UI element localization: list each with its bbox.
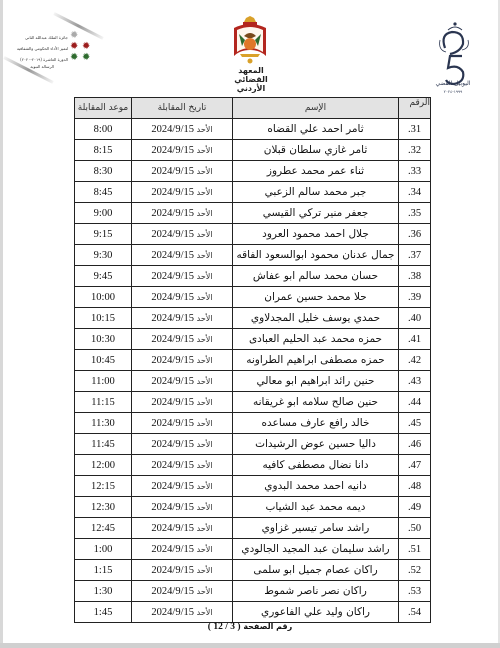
row-name: حنين صالح سلامه ابو غريقانه [233, 392, 399, 413]
row-time: 1:00 [75, 539, 132, 560]
row-number: 41. [399, 329, 431, 350]
row-date-value: 2024/9/15 [151, 481, 194, 492]
row-date: الأحد 2024/9/15 [132, 203, 233, 224]
table-row: 48.دانيه احمد محمد البدويالأحد 2024/9/15… [75, 476, 431, 497]
table-row: 36.جلال احمد محمود العرودالأحد 2024/9/15… [75, 224, 431, 245]
row-number: 34. [399, 182, 431, 203]
row-number: 48. [399, 476, 431, 497]
row-date: الأحد 2024/9/15 [132, 497, 233, 518]
table-row: 44.حنين صالح سلامه ابو غريقانهالأحد 2024… [75, 392, 431, 413]
row-time: 11:30 [75, 413, 132, 434]
row-time: 8:30 [75, 161, 132, 182]
institute-name: المعهد القضائي الأردني [222, 66, 280, 93]
award-line: الرسالة النبوية [30, 64, 54, 69]
row-date: الأحد 2024/9/15 [132, 329, 233, 350]
row-number: 54. [399, 602, 431, 623]
row-name: جمال عدنان محمود ابوالسعود الفاقه [233, 245, 399, 266]
row-time: 10:15 [75, 308, 132, 329]
row-number: 44. [399, 392, 431, 413]
row-number: 50. [399, 518, 431, 539]
row-name: خالد رافع عارف مساعده [233, 413, 399, 434]
row-name: ثناء عمر محمد عطروز [233, 161, 399, 182]
table-row: 43.حنين رائد ابراهيم ابو معاليالأحد 2024… [75, 371, 431, 392]
award-star-icon: ✹ [70, 31, 78, 41]
table-row: 52.راكان عصام جميل ابو سلمىالأحد 2024/9/… [75, 560, 431, 581]
row-name: راكان نصر ناصر شموط [233, 581, 399, 602]
row-name: ثامر غازي سلطان قبلان [233, 140, 399, 161]
row-day: الأحد [197, 125, 213, 134]
table-row: 53.راكان نصر ناصر شموطالأحد 2024/9/151:3… [75, 581, 431, 602]
row-day: الأحد [197, 293, 213, 302]
row-date-value: 2024/9/15 [151, 166, 194, 177]
row-date-value: 2024/9/15 [151, 124, 194, 135]
row-day: الأحد [197, 398, 213, 407]
row-number: 36. [399, 224, 431, 245]
jubilee-name: اليوبيل الفضي [427, 80, 479, 87]
row-time: 1:15 [75, 560, 132, 581]
row-number: 45. [399, 413, 431, 434]
row-day: الأحد [197, 377, 213, 386]
row-date: الأحد 2024/9/15 [132, 182, 233, 203]
row-number: 33. [399, 161, 431, 182]
row-date: الأحد 2024/9/15 [132, 308, 233, 329]
row-day: الأحد [197, 566, 213, 575]
coat-of-arms-icon [230, 16, 270, 66]
table-row: 50.راشد سامر تيسير غزاويالأحد 2024/9/151… [75, 518, 431, 539]
row-date-value: 2024/9/15 [151, 544, 194, 555]
row-day: الأحد [197, 209, 213, 218]
award-line: الدورة العاشرة (٢٠١٩-٢٠٢٠) [20, 57, 68, 62]
row-number: 40. [399, 308, 431, 329]
page-number-label: رقم الصفحة [243, 622, 292, 631]
row-time: 12:15 [75, 476, 132, 497]
row-number: 47. [399, 455, 431, 476]
table-row: 39.حلا محمد حسين عمرانالأحد 2024/9/1510:… [75, 287, 431, 308]
row-date: الأحد 2024/9/15 [132, 413, 233, 434]
table-row: 35.جعفر منير تركي القيسيالأحد 2024/9/159… [75, 203, 431, 224]
table-row: 33.ثناء عمر محمد عطروزالأحد 2024/9/158:3… [75, 161, 431, 182]
page-edge-left [0, 0, 3, 648]
page-edge-bottom [0, 643, 500, 648]
table-row: 47.دانا نضال مصطفى كافيهالأحد 2024/9/151… [75, 455, 431, 476]
row-number: 31. [399, 119, 431, 140]
row-date: الأحد 2024/9/15 [132, 434, 233, 455]
table-row: 49.ديمه محمد عبد الشيابالأحد 2024/9/1512… [75, 497, 431, 518]
table-row: 37.جمال عدنان محمود ابوالسعود الفاقهالأح… [75, 245, 431, 266]
row-day: الأحد [197, 608, 213, 617]
table-header-row: الرقم الإسم تاريخ المقابلة موعد المقابلة [75, 98, 431, 119]
row-name: راكان عصام جميل ابو سلمى [233, 560, 399, 581]
row-name: دانا نضال مصطفى كافيه [233, 455, 399, 476]
row-name: حلا محمد حسين عمران [233, 287, 399, 308]
row-name: حمزه محمد عبد الحليم العبادى [233, 329, 399, 350]
row-time: 10:30 [75, 329, 132, 350]
row-day: الأحد [197, 188, 213, 197]
row-time: 11:00 [75, 371, 132, 392]
row-day: الأحد [197, 545, 213, 554]
table-row: 34.جبر محمد سالم الزعبيالأحد 2024/9/158:… [75, 182, 431, 203]
row-day: الأحد [197, 356, 213, 365]
row-day: الأحد [197, 503, 213, 512]
row-date-value: 2024/9/15 [151, 187, 194, 198]
row-name: راشد سليمان عبد المجيد الجالودي [233, 539, 399, 560]
row-name: جلال احمد محمود العرود [233, 224, 399, 245]
row-date: الأحد 2024/9/15 [132, 539, 233, 560]
row-date: الأحد 2024/9/15 [132, 350, 233, 371]
row-time: 9:15 [75, 224, 132, 245]
row-name: داليا حسين عوض الرشيدات [233, 434, 399, 455]
row-date: الأحد 2024/9/15 [132, 560, 233, 581]
row-time: 9:30 [75, 245, 132, 266]
table-row: 51.راشد سليمان عبد المجيد الجالوديالأحد … [75, 539, 431, 560]
row-day: الأحد [197, 524, 213, 533]
award-star-green-icon: ✹ [82, 53, 90, 63]
row-name: راشد سامر تيسير غزاوي [233, 518, 399, 539]
award-star-green-icon: ✹ [70, 53, 78, 63]
row-date-value: 2024/9/15 [151, 145, 194, 156]
row-time: 9:00 [75, 203, 132, 224]
row-day: الأحد [197, 251, 213, 260]
row-number: 53. [399, 581, 431, 602]
row-date: الأحد 2024/9/15 [132, 245, 233, 266]
interview-schedule-table: الرقم الإسم تاريخ المقابلة موعد المقابلة… [74, 97, 431, 623]
award-star-red-icon: ✹ [70, 42, 78, 52]
row-day: الأحد [197, 587, 213, 596]
row-time: 12:30 [75, 497, 132, 518]
table-row: 40.حمدي يوسف خليل المجدلاويالأحد 2024/9/… [75, 308, 431, 329]
row-name: حمدي يوسف خليل المجدلاوي [233, 308, 399, 329]
table-row: 41.حمزه محمد عبد الحليم العبادىالأحد 202… [75, 329, 431, 350]
row-day: الأحد [197, 440, 213, 449]
row-date-value: 2024/9/15 [151, 313, 194, 324]
row-number: 43. [399, 371, 431, 392]
row-date: الأحد 2024/9/15 [132, 581, 233, 602]
row-date-value: 2024/9/15 [151, 565, 194, 576]
header-number: الرقم [399, 98, 431, 119]
row-time: 11:45 [75, 434, 132, 455]
table-row: 54.راكان وليد علي الفاعوريالأحد 2024/9/1… [75, 602, 431, 623]
row-date-value: 2024/9/15 [151, 460, 194, 471]
row-day: الأحد [197, 272, 213, 281]
page-number: رقم الصفحة ( 3 / 12 ) [0, 622, 500, 632]
row-name: راكان وليد علي الفاعوري [233, 602, 399, 623]
row-date-value: 2024/9/15 [151, 208, 194, 219]
row-date-value: 2024/9/15 [151, 607, 194, 618]
table-row: 38.حسان محمد سالم ابو عفاشالأحد 2024/9/1… [75, 266, 431, 287]
award-line: لتميز الأداء الحكومي والشفافية [17, 46, 68, 51]
row-number: 46. [399, 434, 431, 455]
row-time: 1:30 [75, 581, 132, 602]
row-date: الأحد 2024/9/15 [132, 602, 233, 623]
row-date: الأحد 2024/9/15 [132, 455, 233, 476]
row-time: 10:45 [75, 350, 132, 371]
row-date: الأحد 2024/9/15 [132, 224, 233, 245]
excellence-award-logo: ✹ ✹ ✹ ✹ ✹ جائزة الملك عبدالله الثاني لتم… [4, 8, 104, 88]
row-time: 12:00 [75, 455, 132, 476]
row-date: الأحد 2024/9/15 [132, 140, 233, 161]
row-day: الأحد [197, 314, 213, 323]
row-time: 8:45 [75, 182, 132, 203]
row-date: الأحد 2024/9/15 [132, 476, 233, 497]
row-number: 35. [399, 203, 431, 224]
row-date-value: 2024/9/15 [151, 292, 194, 303]
row-date-value: 2024/9/15 [151, 418, 194, 429]
row-time: 1:45 [75, 602, 132, 623]
row-date-value: 2024/9/15 [151, 271, 194, 282]
row-name: حنين رائد ابراهيم ابو معالي [233, 371, 399, 392]
row-number: 42. [399, 350, 431, 371]
row-day: الأحد [197, 230, 213, 239]
row-date-value: 2024/9/15 [151, 586, 194, 597]
row-name: حمزه مصطفى ابراهيم الطراونه [233, 350, 399, 371]
header-time: موعد المقابلة [75, 98, 132, 119]
row-date: الأحد 2024/9/15 [132, 161, 233, 182]
row-date: الأحد 2024/9/15 [132, 371, 233, 392]
table-row: 32.ثامر غازي سلطان قبلانالأحد 2024/9/158… [75, 140, 431, 161]
row-day: الأحد [197, 482, 213, 491]
row-time: 8:00 [75, 119, 132, 140]
row-number: 39. [399, 287, 431, 308]
row-time: 9:45 [75, 266, 132, 287]
row-name: جعفر منير تركي القيسي [233, 203, 399, 224]
row-time: 8:15 [75, 140, 132, 161]
row-time: 12:45 [75, 518, 132, 539]
row-name: ديمه محمد عبد الشياب [233, 497, 399, 518]
row-date: الأحد 2024/9/15 [132, 266, 233, 287]
row-date-value: 2024/9/15 [151, 397, 194, 408]
row-number: 32. [399, 140, 431, 161]
row-date: الأحد 2024/9/15 [132, 119, 233, 140]
row-date-value: 2024/9/15 [151, 229, 194, 240]
row-number: 49. [399, 497, 431, 518]
row-name: حسان محمد سالم ابو عفاش [233, 266, 399, 287]
table-row: 46.داليا حسين عوض الرشيداتالأحد 2024/9/1… [75, 434, 431, 455]
jubilee-years: ١٩٩٩-٢٠٢٤ [427, 89, 479, 94]
row-date: الأحد 2024/9/15 [132, 392, 233, 413]
row-date: الأحد 2024/9/15 [132, 518, 233, 539]
table-row: 31.ثامر احمد علي القضاهالأحد 2024/9/158:… [75, 119, 431, 140]
row-date-value: 2024/9/15 [151, 334, 194, 345]
header-date: تاريخ المقابلة [132, 98, 233, 119]
award-star-red-icon: ✹ [82, 42, 90, 52]
row-day: الأحد [197, 167, 213, 176]
table-row: 42.حمزه مصطفى ابراهيم الطراونهالأحد 2024… [75, 350, 431, 371]
row-date-value: 2024/9/15 [151, 376, 194, 387]
row-date-value: 2024/9/15 [151, 523, 194, 534]
row-number: 38. [399, 266, 431, 287]
row-name: ثامر احمد علي القضاه [233, 119, 399, 140]
row-day: الأحد [197, 461, 213, 470]
row-number: 52. [399, 560, 431, 581]
table-row: 45.خالد رافع عارف مساعدهالأحد 2024/9/151… [75, 413, 431, 434]
page-number-value: ( 3 / 12 ) [208, 622, 241, 632]
row-day: الأحد [197, 419, 213, 428]
row-date-value: 2024/9/15 [151, 502, 194, 513]
row-number: 37. [399, 245, 431, 266]
row-date: الأحد 2024/9/15 [132, 287, 233, 308]
row-day: الأحد [197, 146, 213, 155]
row-name: دانيه احمد محمد البدوي [233, 476, 399, 497]
header-name: الإسم [233, 98, 399, 119]
row-date-value: 2024/9/15 [151, 250, 194, 261]
row-name: جبر محمد سالم الزعبي [233, 182, 399, 203]
row-date-value: 2024/9/15 [151, 439, 194, 450]
row-time: 10:00 [75, 287, 132, 308]
row-time: 11:15 [75, 392, 132, 413]
award-line: جائزة الملك عبدالله الثاني [25, 35, 68, 40]
row-number: 51. [399, 539, 431, 560]
row-date-value: 2024/9/15 [151, 355, 194, 366]
row-day: الأحد [197, 335, 213, 344]
